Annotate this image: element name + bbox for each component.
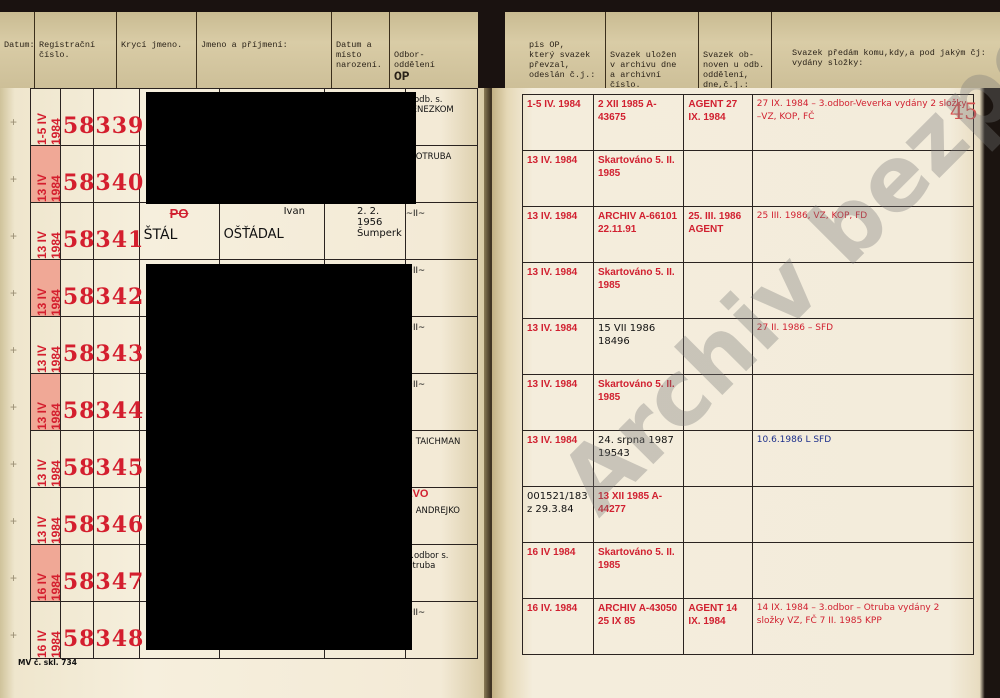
cover-name: ŠTÁL (144, 227, 215, 243)
renewed-cell: AGENT 14 IX. 1984 (684, 599, 751, 631)
handover-cell: 25 III. 1986, VZ, KOP, FD (753, 207, 973, 226)
handover-cell (753, 151, 973, 157)
table-row: 13 IV. 1984Skartováno 5. II. 1985 (523, 375, 974, 431)
renewed-cell (684, 431, 751, 437)
date-stamp: 13 IV 1984 (35, 488, 63, 544)
archive-cell: Skartováno 5. II. 1985 (594, 151, 683, 183)
margin-mark: + (10, 400, 17, 414)
margin-mark: + (10, 172, 17, 186)
page-number: 45 (950, 100, 978, 125)
header-department: Odbor- oddělení OP (389, 12, 447, 88)
renewed-cell (684, 151, 751, 157)
department: s. TAICHMAN (406, 437, 477, 447)
table-row: 13 IV 198458341POŠTÁLIvanOŠŤÁDAL2. 2. 19… (31, 203, 478, 260)
date-stamp: 13 IV 1984 (35, 374, 63, 430)
department: ~II~ (406, 266, 477, 276)
archive-cell: 15 VII 1986 18496 (594, 319, 683, 351)
archive-cell: 2 XII 1985 A-43675 (594, 95, 683, 127)
sent-cell: 1-5 IV. 1984 (523, 95, 593, 114)
redaction-box (146, 92, 416, 204)
table-row: 13 IV. 1984Skartováno 5. II. 1985 (523, 151, 974, 207)
archive-cell: Skartováno 5. II. 1985 (594, 263, 683, 295)
table-row: 16 IV. 1984ARCHIV A-43050 25 IX 85AGENT … (523, 599, 974, 655)
renewed-cell (684, 543, 751, 549)
date-stamp: 13 IV 1984 (35, 317, 63, 373)
right-page-header: pis OP, který svazek převzal, odeslán č.… (505, 12, 1000, 89)
header-archived-label: Svazek uložen v archivu dne a archivní č… (610, 50, 676, 90)
date-stamp: 1-5 IV 1984 (35, 89, 63, 145)
margin-mark: + (10, 628, 17, 642)
archive-cell: 24. srpna 1987 19543 (594, 431, 683, 463)
department: ~II~ (406, 209, 477, 219)
margin-mark: + (10, 457, 17, 471)
department: 3.odb. s. VENEZKOM (406, 95, 477, 115)
birth-date-place: 2. 2. 1956 Šumperk (353, 203, 403, 242)
table-row: 13 IV. 1984Skartováno 5. II. 1985 (523, 263, 974, 319)
handover-cell (753, 375, 973, 381)
first-name: Ivan (284, 206, 320, 217)
table-row: 001521/183 z 29.3.8413 XII 1985 A-44277 (523, 487, 974, 543)
sent-cell: 13 IV. 1984 (523, 375, 593, 394)
surname: OŠŤÁDAL (224, 227, 320, 242)
archive-cell: 13 XII 1985 A-44277 (594, 487, 683, 519)
sent-cell: 16 IV 1984 (523, 543, 593, 562)
header-full-name: Jmeno a příjmení: (196, 12, 331, 88)
sent-cell: 16 IV. 1984 (523, 599, 593, 618)
date-stamp: 13 IV 1984 (35, 203, 63, 259)
archive-cell: ARCHIV A-43050 25 IX 85 (594, 599, 683, 631)
header-archived: Svazek uložen v archivu dne a archivní č… (605, 12, 698, 88)
redaction-box (146, 264, 412, 650)
renewed-cell (684, 263, 751, 269)
cover-mark: PO (170, 206, 215, 221)
archive-cell: ARCHIV A-66101 22.11.91 (594, 207, 683, 239)
date-stamp: 13 IV 1984 (35, 146, 63, 202)
form-code: MV č. skl. 734 (18, 658, 77, 667)
header-renewed: Svazek ob- noven u odb. oddělení, dne,č.… (698, 12, 771, 88)
left-page-header: Datum: Registrační číslo. Krycí jmeno. J… (0, 12, 478, 89)
renewed-cell (684, 487, 751, 493)
department-mark: ZVO (406, 488, 477, 500)
header-renewed-label: Svazek ob- noven u odb. oddělení, dne,č.… (703, 50, 764, 90)
sent-cell: 13 IV. 1984 (523, 207, 593, 226)
date-stamp: 13 IV 1984 (35, 260, 63, 316)
handover-cell: 27 IX. 1984 – 3.odbor-Veverka vydány 2 s… (753, 95, 973, 127)
header-cover-name: Krycí jmeno. (116, 12, 196, 88)
handover-cell (753, 487, 973, 493)
department: s. OTRUBA (406, 152, 477, 162)
table-row: 1-5 IV. 19842 XII 1985 A-43675AGENT 27 I… (523, 95, 974, 151)
margin-mark: + (10, 514, 17, 528)
handover-cell: 27 II. 1986 – SFD (753, 319, 973, 338)
handover-cell: 10.6.1986 L SFD (753, 431, 973, 450)
archive-cell: Skartováno 5. II. 1985 (594, 543, 683, 575)
sent-cell: 13 IV. 1984 (523, 431, 593, 450)
department: 3.odbor s. Otruba (406, 551, 477, 571)
handover-cell (753, 543, 973, 549)
date-stamp: 16 IV 1984 (35, 602, 63, 658)
renewed-cell: 25. III. 1986 AGENT (684, 207, 751, 239)
table-row: 13 IV. 1984ARCHIV A-66101 22.11.9125. II… (523, 207, 974, 263)
table-row: 13 IV. 198424. srpna 1987 1954310.6.1986… (523, 431, 974, 487)
right-register-table: 1-5 IV. 19842 XII 1985 A-43675AGENT 27 I… (522, 94, 974, 655)
renewed-cell: AGENT 27 IX. 1984 (684, 95, 751, 127)
sent-cell: 001521/183 z 29.3.84 (523, 487, 593, 519)
archive-cell: Skartováno 5. II. 1985 (594, 375, 683, 407)
handover-cell (753, 263, 973, 269)
department: ~II~ (406, 380, 477, 390)
department: s. ANDREJKO (406, 506, 477, 516)
date-stamp: 16 IV 1984 (35, 545, 63, 601)
margin-mark: + (10, 286, 17, 300)
header-handover: Svazek předám komu,kdy,a pod jakým čj: v… (771, 12, 1000, 88)
header-date: Datum: (0, 12, 34, 88)
header-registration-number: Registrační číslo. (34, 12, 116, 88)
renewed-cell (684, 319, 751, 325)
table-row: 16 IV 1984Skartováno 5. II. 1985 (523, 543, 974, 599)
table-row: 13 IV. 198415 VII 1986 1849627 II. 1986 … (523, 319, 974, 375)
sent-cell: 13 IV. 1984 (523, 151, 593, 170)
margin-mark: + (10, 343, 17, 357)
renewed-cell (684, 375, 751, 381)
header-department-value: OP (394, 72, 447, 82)
department: ~II~ (406, 323, 477, 333)
department: ~II~ (406, 608, 477, 618)
margin-mark: + (10, 229, 17, 243)
header-department-label: Odbor- oddělení (394, 50, 435, 70)
date-stamp: 13 IV 1984 (35, 431, 63, 487)
sent-cell: 13 IV. 1984 (523, 263, 593, 282)
header-sent: pis OP, který svazek převzal, odeslán č.… (525, 12, 605, 88)
margin-mark: + (10, 571, 17, 585)
sent-cell: 13 IV. 1984 (523, 319, 593, 338)
handover-cell: 14 IX. 1984 – 3.odbor – Otruba vydány 2 … (753, 599, 973, 631)
margin-mark: + (10, 115, 17, 129)
header-birth: Datum a místo narození. (331, 12, 389, 88)
